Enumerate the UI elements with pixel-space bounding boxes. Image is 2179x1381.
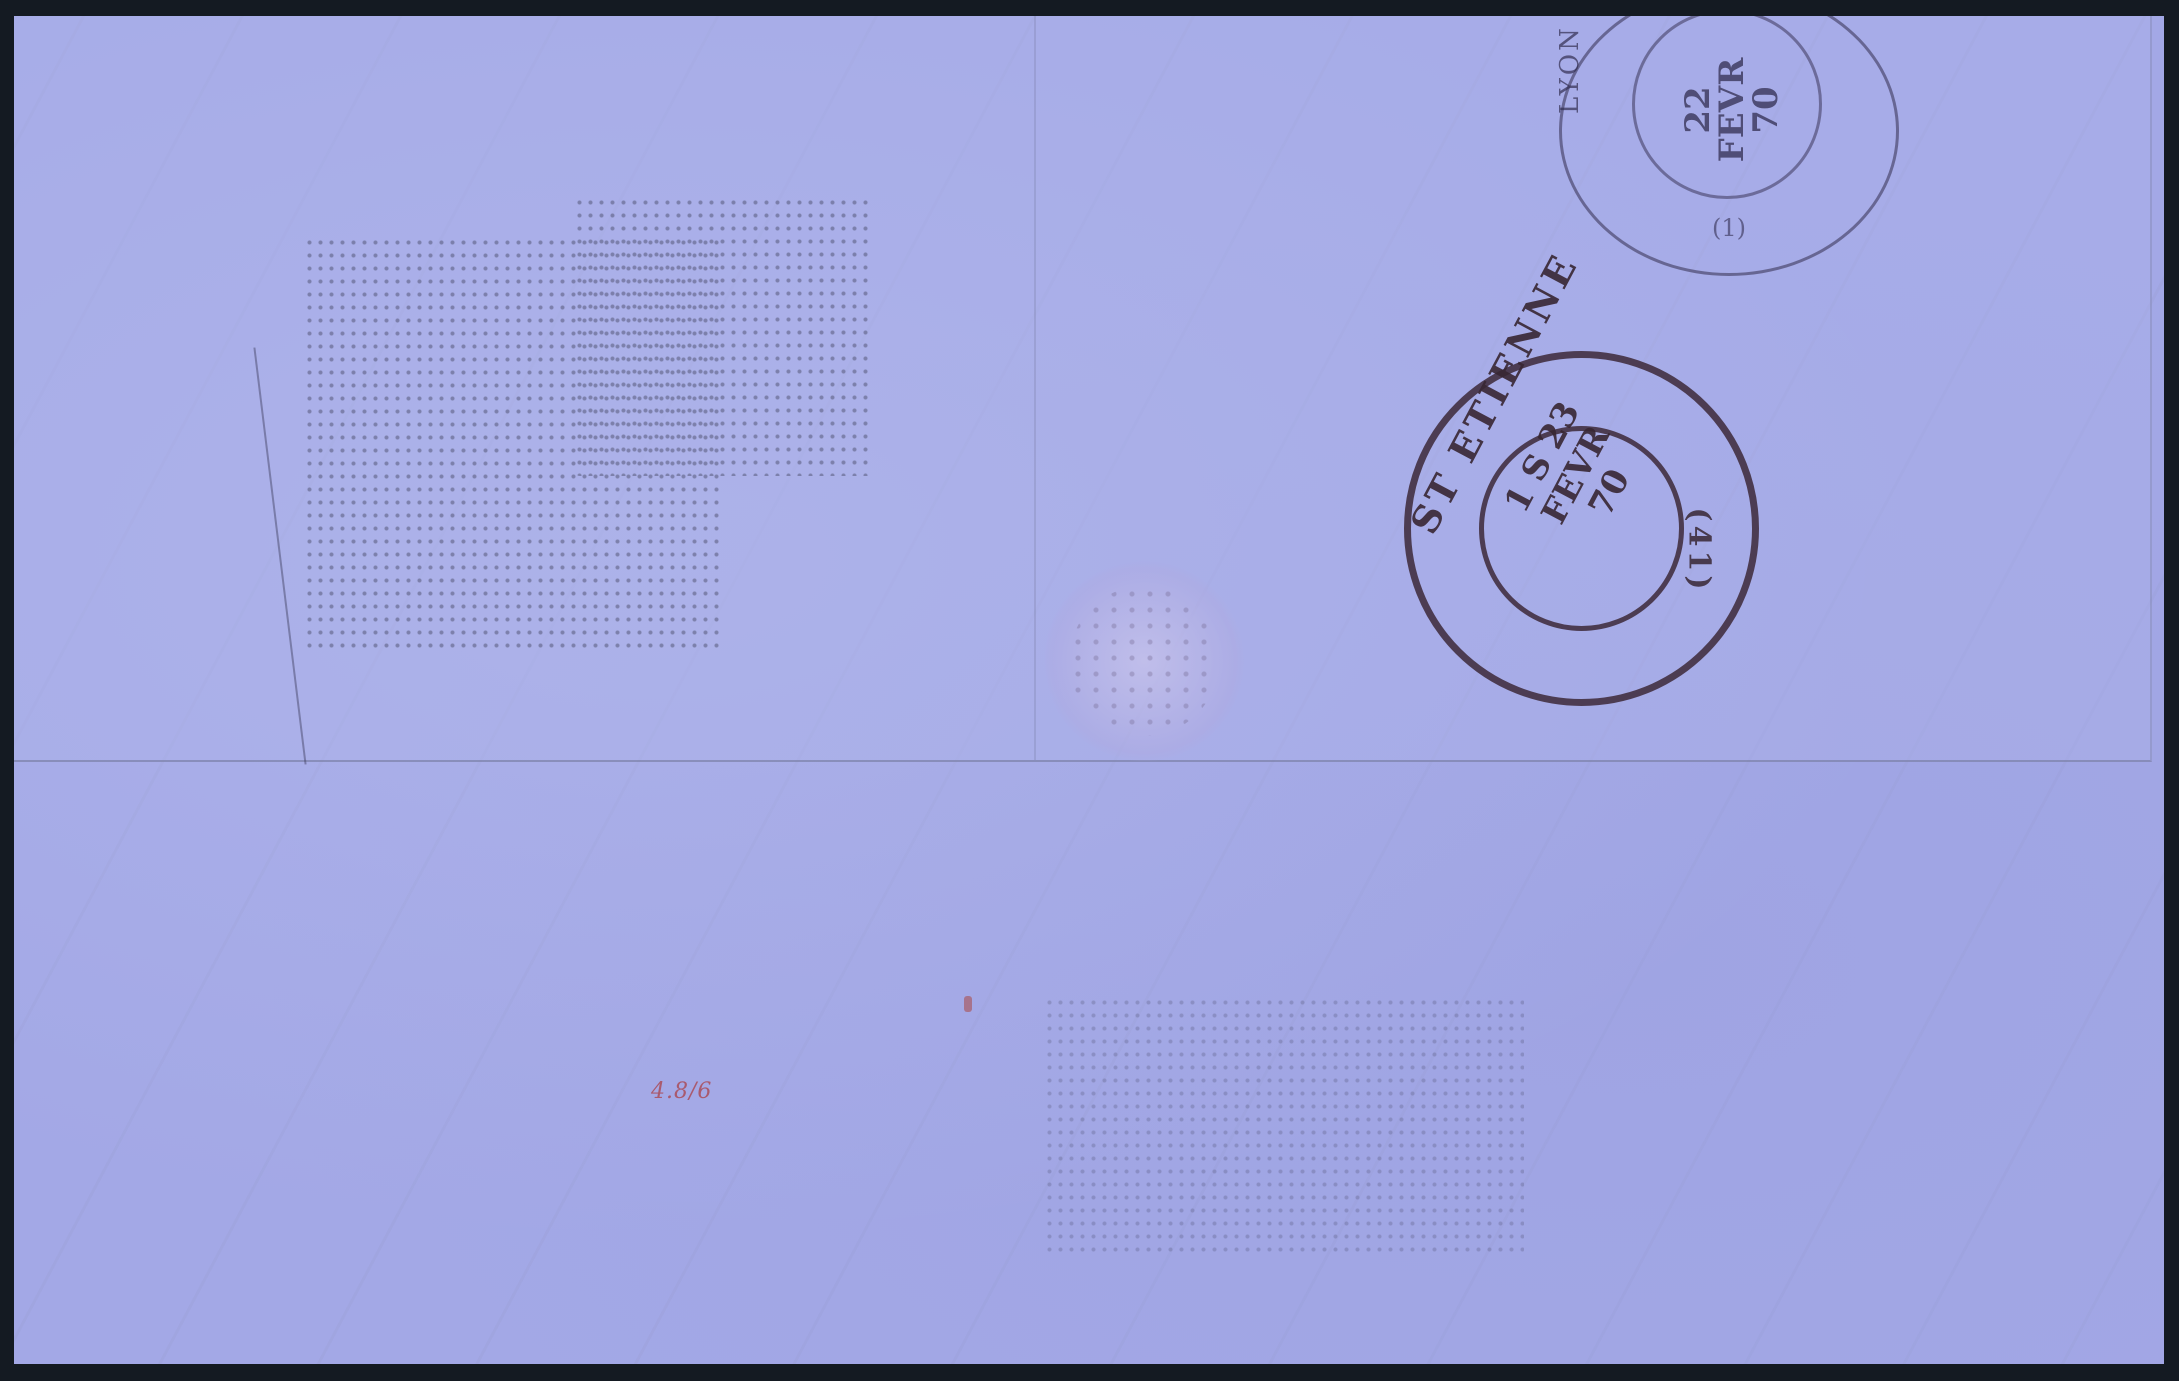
red-manuscript-notation: 4.8/6 bbox=[651, 1079, 712, 1104]
postal-cover: LYON 22 FEVR 70 (1) ST ETIENNE (41) 1 S … bbox=[14, 16, 2164, 1364]
postmark-st-etienne: ST ETIENNE (41) 1 S 23 FEVR 70 bbox=[1404, 351, 1759, 706]
postmark-year: 70 bbox=[1746, 86, 1786, 133]
seal-emboss-pattern bbox=[1069, 586, 1219, 736]
offset-ink-speckle bbox=[1044, 996, 1524, 1256]
red-ink-spot bbox=[964, 996, 972, 1012]
vertical-fold-line bbox=[1034, 16, 1036, 760]
postmark-city: LYON bbox=[1555, 25, 1585, 114]
postmark-number: (1) bbox=[1712, 214, 1746, 242]
postmark-department: (41) bbox=[1681, 507, 1716, 593]
wax-seal-impression bbox=[1044, 561, 1244, 761]
offset-ink-speckle bbox=[574, 196, 874, 476]
postmark-date: 22 FEVR 70 bbox=[1681, 35, 1783, 185]
